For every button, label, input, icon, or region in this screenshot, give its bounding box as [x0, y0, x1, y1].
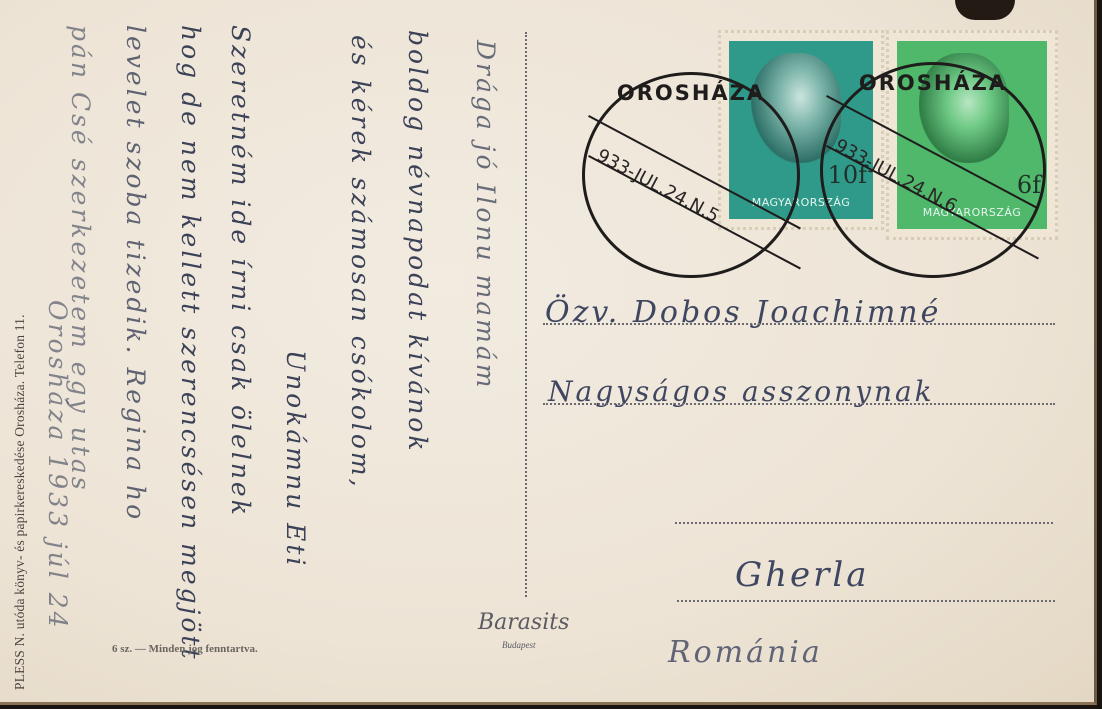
- address-line: [675, 522, 1053, 524]
- destination-city: Gherla: [735, 555, 870, 595]
- footnote: 6 sz. — Minden jog fenntartva.: [112, 643, 258, 655]
- message-line: Unokámnu Eti: [281, 350, 310, 568]
- publisher-logo: Barasits Budapest: [478, 610, 569, 653]
- divider-line: [525, 32, 527, 597]
- postcard-back: PLESS N. utóda könyv- és papirkereskedés…: [0, 0, 1097, 705]
- postmark: OROSHÁZA 933-JUL.24.N.6: [820, 62, 1046, 278]
- message-line: boldog névnapodat kívánok: [403, 30, 432, 454]
- publisher-city: Budapest: [502, 640, 536, 650]
- printed-imprint: PLESS N. utóda könyv- és papirkereskedés…: [12, 0, 28, 690]
- message-line: levelet szoba tizedik. Regina ho: [121, 25, 150, 522]
- destination-country: Románia: [668, 635, 823, 670]
- burn-mark: [955, 0, 1015, 20]
- publisher-name: Barasits: [478, 610, 569, 635]
- message-line: hog de nem kellett szerencsésen megjött: [176, 25, 205, 662]
- address-line: [543, 403, 1055, 405]
- postmark-town: OROSHÁZA: [585, 81, 797, 105]
- postmark-town: OROSHÁZA: [823, 71, 1043, 95]
- message-line: és kérek számosan csókolom,: [346, 35, 375, 490]
- address-line: [543, 323, 1055, 325]
- postmark: OROSHÁZA 933-JUL.24.N.5: [582, 72, 800, 278]
- message-line: Szeretném ide írni csak ölelnek: [226, 25, 255, 518]
- message-line: Orosháza 1933 júl 24: [43, 300, 72, 631]
- address-line: [677, 600, 1055, 602]
- message-line: Drága jó Ilonu mamám: [471, 40, 500, 391]
- postmark-bar: [826, 145, 1039, 259]
